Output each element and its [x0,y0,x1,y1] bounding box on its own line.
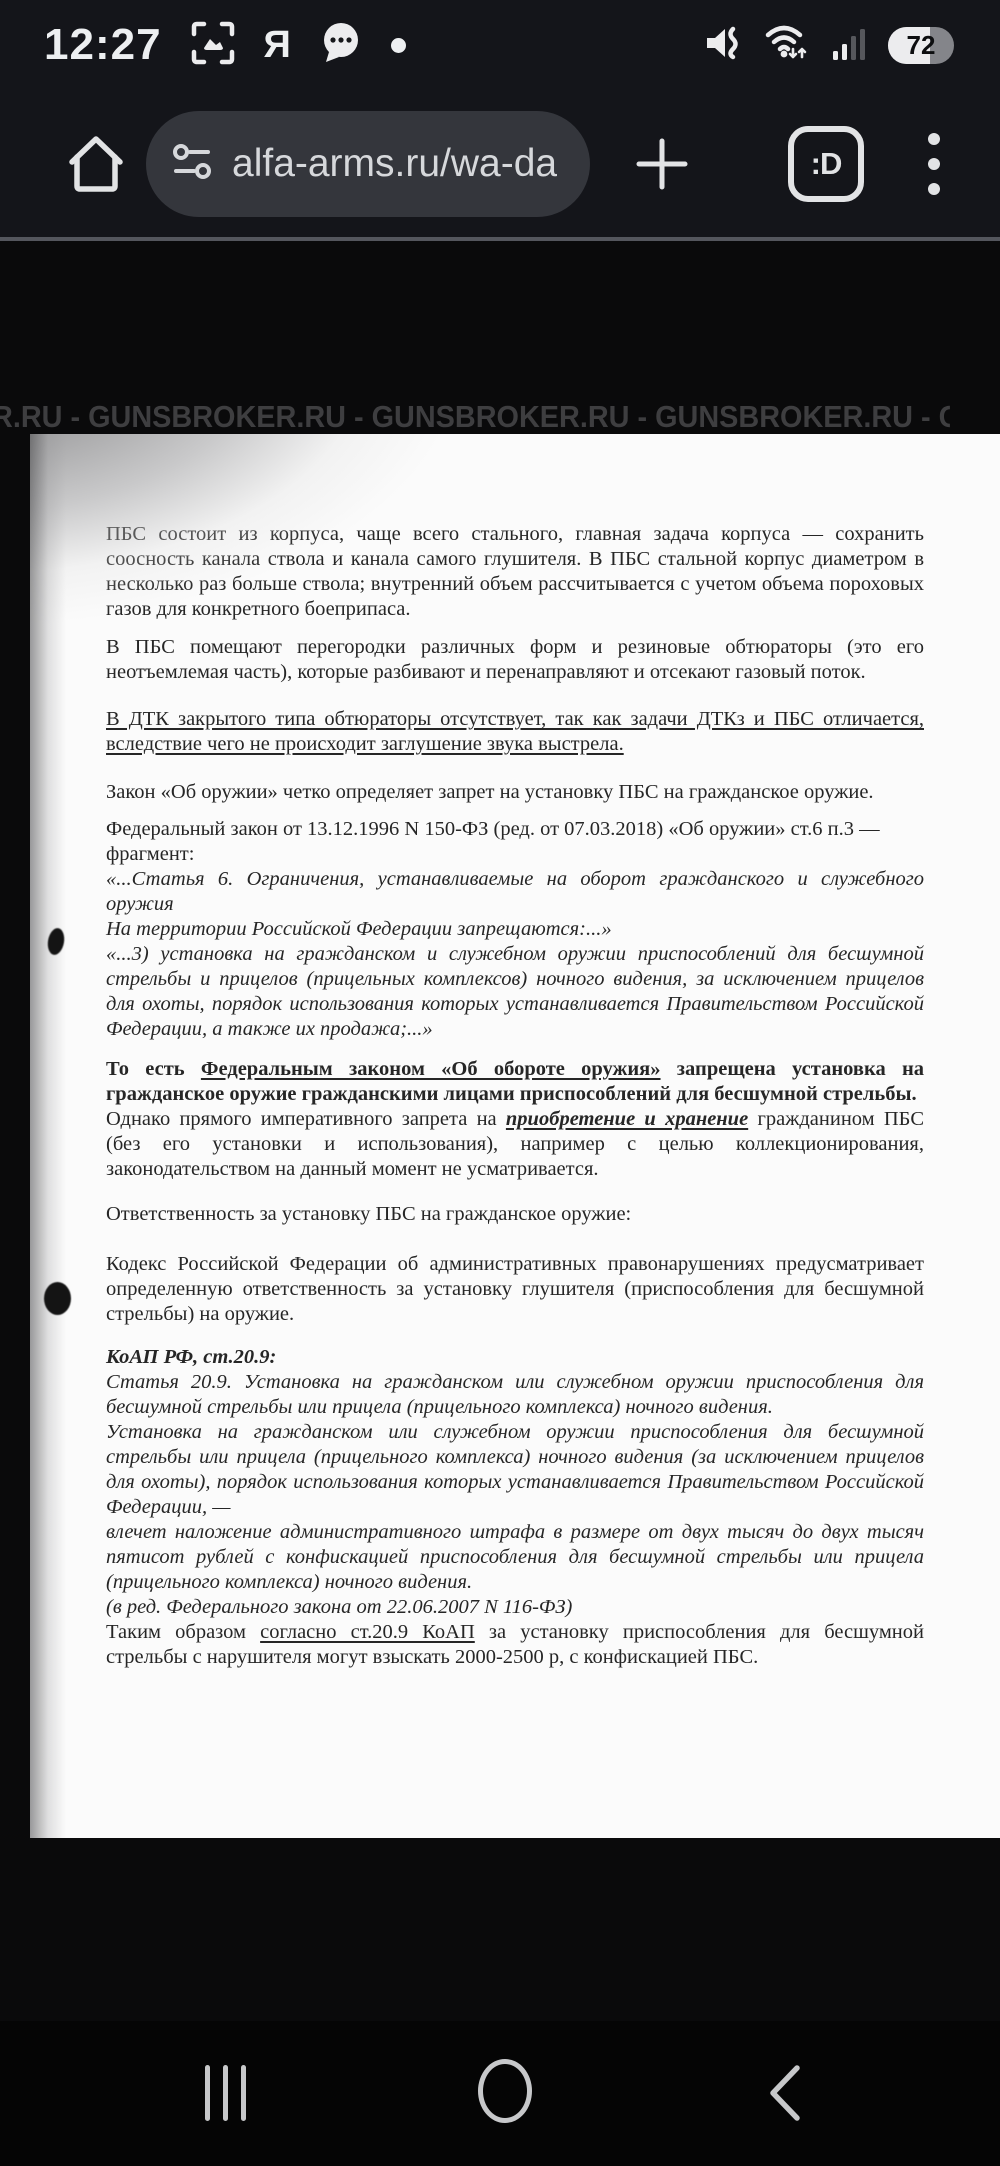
doc-quote-line: Установка на гражданском или служебном о… [106,1420,924,1520]
doc-conclusion-block: То есть Федеральным законом «Об обороте … [106,1057,924,1182]
web-content-viewport[interactable]: R.RU - GUNSBROKER.RU - GUNSBROKER.RU - G… [0,241,1000,2166]
doc-paragraph: Закон «Об оружии» четко определяет запре… [106,780,924,805]
signal-strength-icon [831,23,871,68]
doc-paragraph: ПБС состоит из корпуса, чаще всего сталь… [106,522,924,622]
doc-line: фрагмент: [106,842,924,867]
doc-koap-block: КоАП РФ, ст.20.9: Статья 20.9. Установка… [106,1345,924,1670]
new-tab-button[interactable] [626,131,698,197]
android-navbar [0,2021,1000,2166]
doc-quote-line: (в ред. Федерального закона от 22.06.200… [106,1595,924,1620]
status-bar: 12:27 Я [0,0,1000,90]
tab-count-label: :D [811,146,842,182]
doc-paragraph: В ПБС помещают перегородки различных фор… [106,635,924,685]
nav-home-button[interactable] [478,2059,532,2123]
site-settings-icon[interactable] [170,138,216,189]
doc-paragraph: Однако прямого императивного запрета на … [106,1107,924,1182]
doc-koap-title: КоАП РФ, ст.20.9: [106,1345,924,1370]
toolbar-divider [0,237,1000,241]
doc-law-fragment: Федеральный закон от 13.12.1996 N 150-ФЗ… [106,817,924,1042]
doc-paragraph: Таким образом согласно ст.20.9 КоАП за у… [106,1620,924,1670]
yandex-app-icon: Я [264,24,291,67]
doc-quote-line: влечет наложение административного штраф… [106,1520,924,1595]
status-bar-left: 12:27 Я [44,20,406,71]
doc-paragraph: Ответственность за установку ПБС на граж… [106,1202,924,1227]
doc-quote-line: Статья 20.9. Установка на гражданском ил… [106,1370,924,1420]
wifi-icon [762,21,814,70]
address-bar[interactable]: alfa-arms.ru/wa-da [146,111,590,217]
clock: 12:27 [44,20,162,70]
chat-notification-icon [319,20,363,71]
gunsbroker-watermark: R.RU - GUNSBROKER.RU - GUNSBROKER.RU - G… [0,398,950,434]
battery-icon: 72 [888,27,954,64]
ink-spot [44,1282,71,1315]
tab-switcher-button[interactable]: :D [788,126,864,202]
doc-paragraph: Кодекс Российской Федерации об администр… [106,1252,924,1327]
mute-vibrate-icon [703,22,745,69]
doc-quote-line: «...3) установка на гражданском и служеб… [106,942,924,1042]
home-button[interactable] [56,126,136,202]
url-text: alfa-arms.ru/wa-da [232,142,557,186]
doc-quote-line: «...Статья 6. Ограничения, устанавливаем… [106,867,924,917]
back-button[interactable] [765,2063,805,2128]
doc-line: Федеральный закон от 13.12.1996 N 150-ФЗ… [106,817,924,842]
recents-button[interactable] [205,2065,246,2121]
battery-percent: 72 [888,27,954,64]
doc-paragraph-bold: То есть Федеральным законом «Об обороте … [106,1057,924,1107]
phone-screen: 12:27 Я [0,0,1000,2166]
scanned-document-page: ПБС состоит из корпуса, чаще всего сталь… [30,434,1000,1838]
doc-paragraph-underlined: В ДТК закрытого типа обтюраторы отсутств… [106,707,924,757]
notification-dot-icon [391,38,406,53]
document-text: ПБС состоит из корпуса, чаще всего сталь… [30,434,1000,1670]
browser-menu-button[interactable] [912,129,956,199]
doc-quote-line: На территории Российской Федерации запре… [106,917,924,942]
status-bar-right: 72 [703,21,954,70]
browser-toolbar: alfa-arms.ru/wa-da :D [0,90,1000,237]
screenshot-notification-icon [190,20,236,71]
